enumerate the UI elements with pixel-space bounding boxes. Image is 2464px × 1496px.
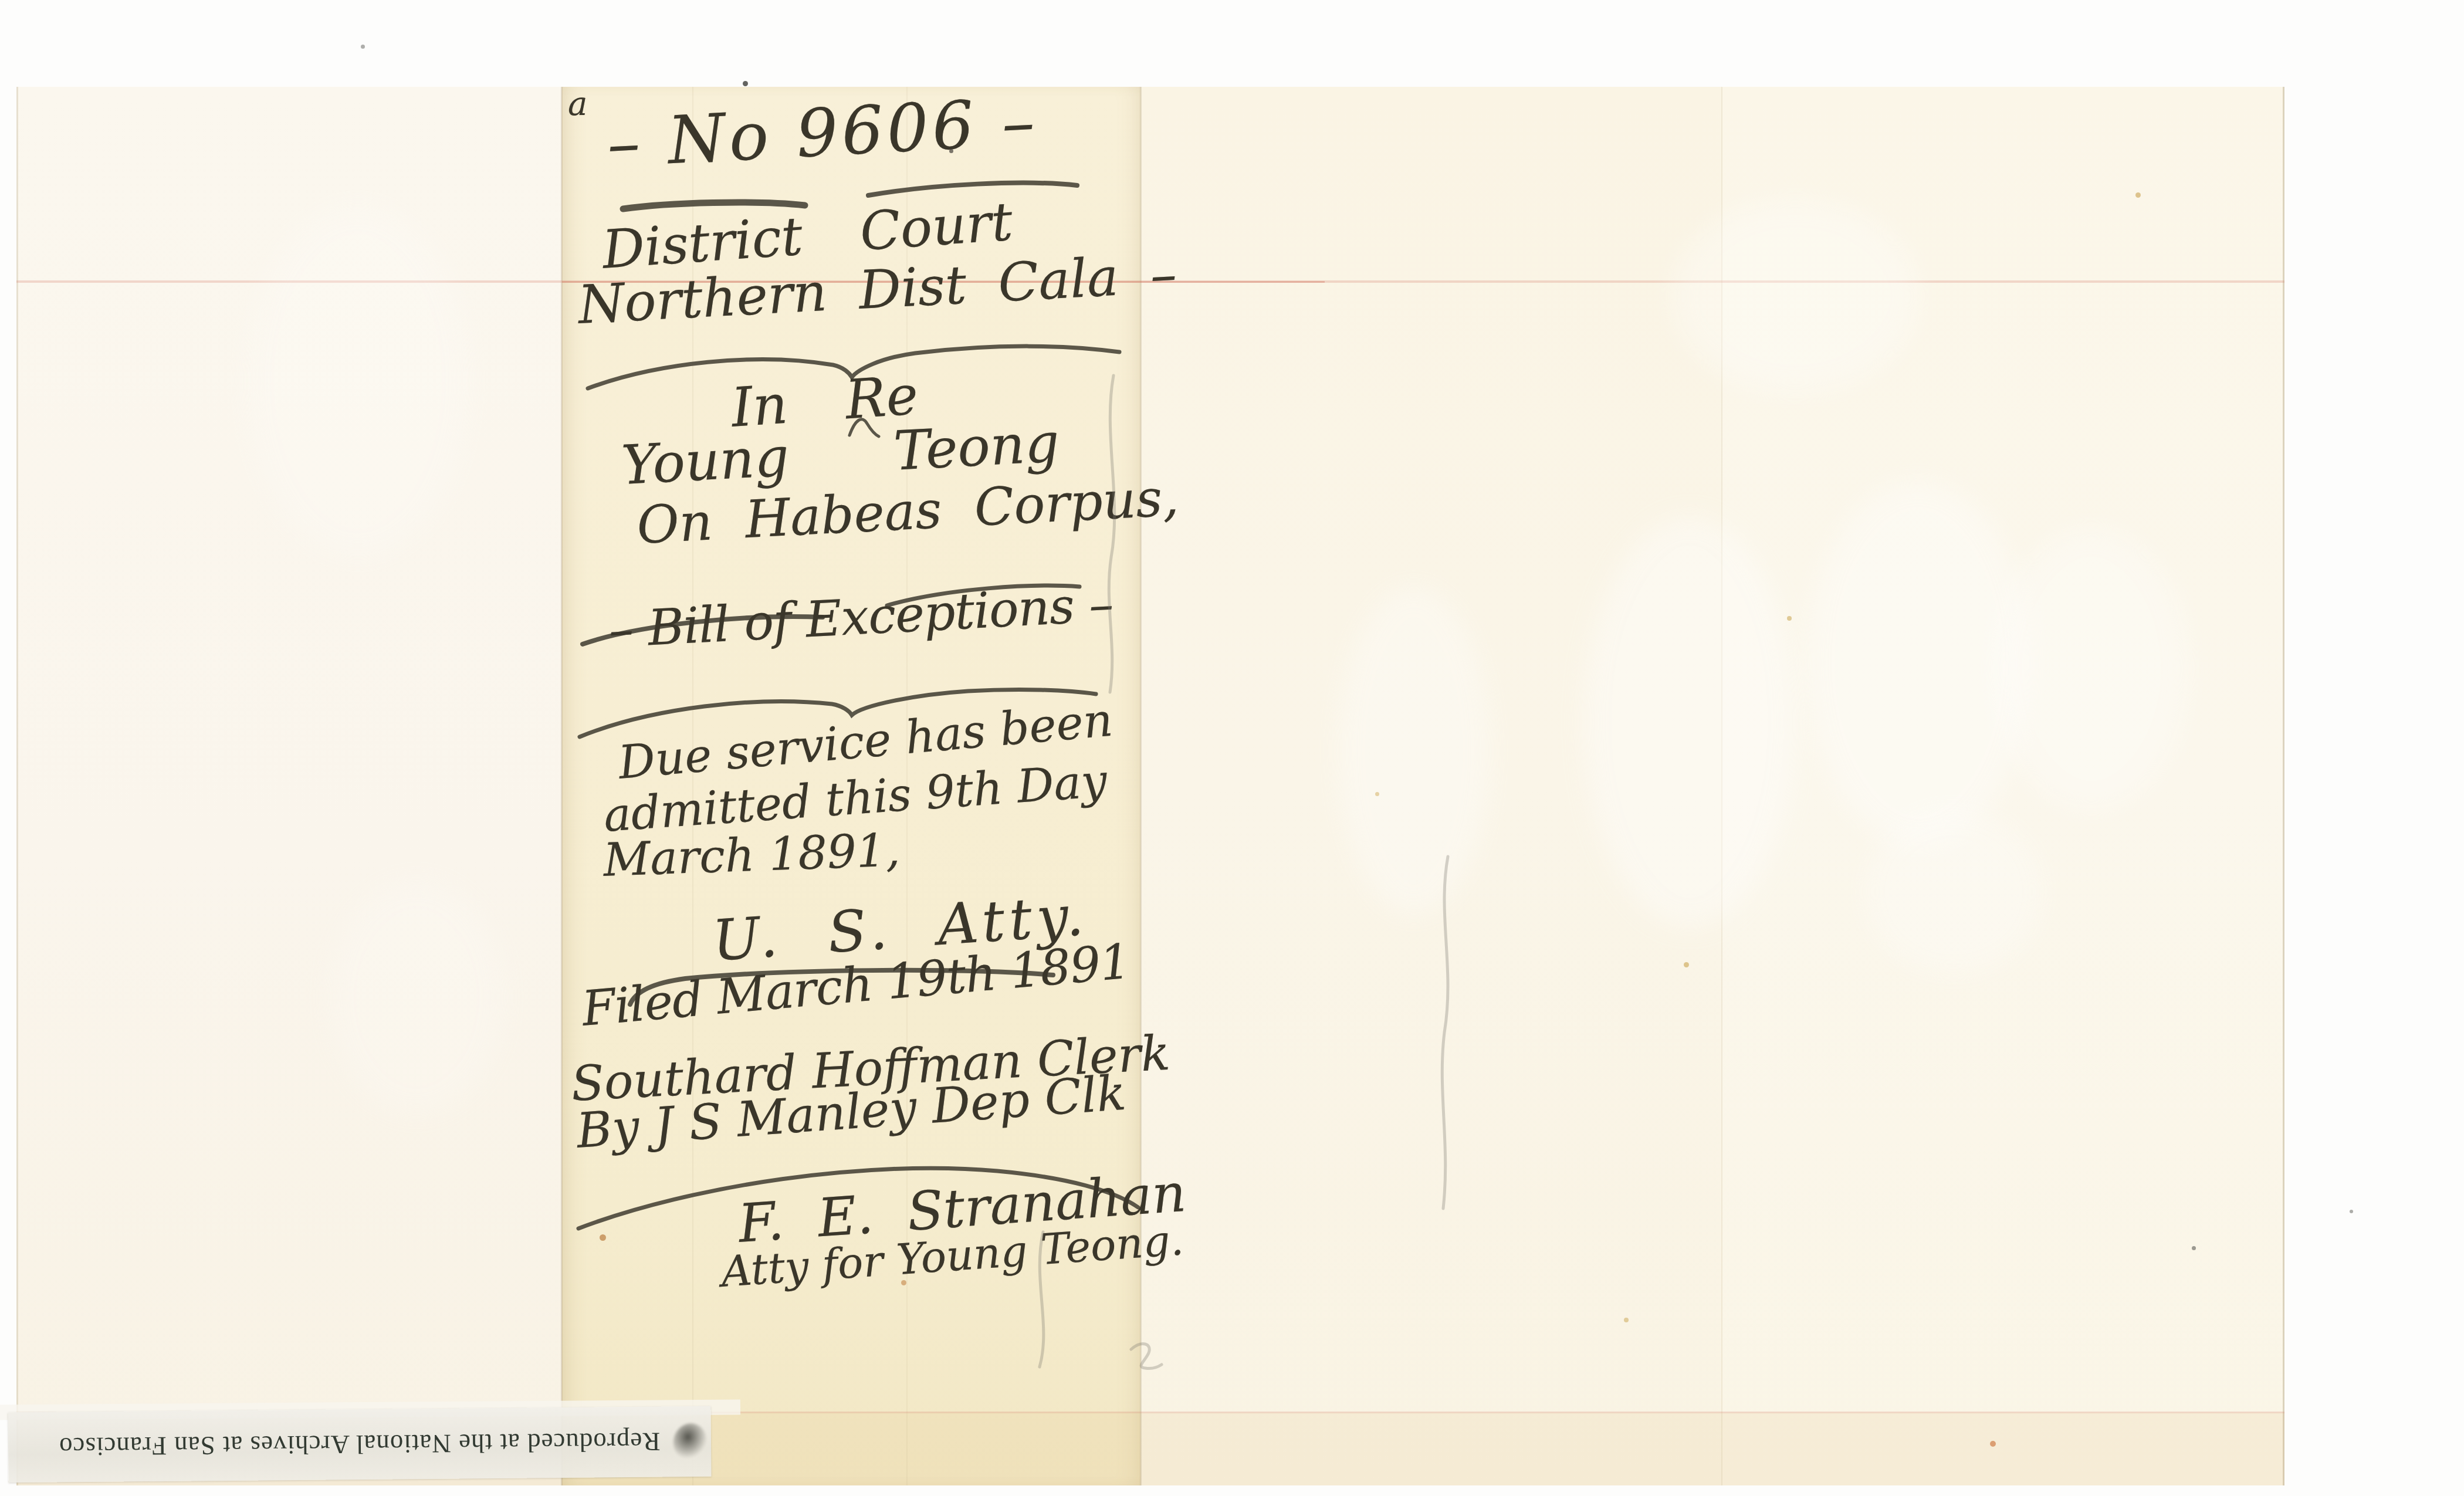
bleed-through-patch: [1672, 199, 1918, 393]
fold-crease: [561, 87, 563, 1485]
archives-stamp-text: Reproduced at the National Archives at S…: [59, 1427, 661, 1463]
foxing-speck: [1684, 962, 1689, 967]
bleed-through-patch: [1995, 528, 2188, 810]
foxing-speck: [600, 1234, 606, 1241]
scanned-document-page: a – No 9606 – District Court Northern Di…: [0, 0, 2464, 1496]
bleed-through-patch: [246, 205, 469, 557]
paper-left-edge: [16, 87, 18, 1485]
bleed-through-patch: [1584, 516, 1795, 927]
foxing-speck: [743, 81, 748, 86]
archives-stamp-band: Reproduced at the National Archives at S…: [8, 1406, 711, 1483]
dust-speck: [2350, 1210, 2353, 1213]
dust-speck: [361, 45, 365, 49]
paper-right-edge: [2283, 87, 2284, 1485]
bleed-through-patch: [1338, 587, 1490, 915]
foxing-speck: [2135, 192, 2141, 198]
foxing-speck: [1787, 616, 1792, 621]
foxing-speck: [1990, 1441, 1996, 1447]
foxing-speck: [1375, 792, 1379, 796]
service-admission-line-3: March 1891,: [603, 827, 901, 884]
dust-speck: [2192, 1246, 2196, 1250]
bleed-through-patch: [329, 880, 505, 1115]
bleed-through-patch: [1866, 810, 2042, 974]
margin-annotation: a: [568, 88, 587, 121]
foxing-speck: [901, 1280, 906, 1285]
foxing-speck: [1624, 1318, 1629, 1322]
foxing-speck: [949, 149, 953, 153]
